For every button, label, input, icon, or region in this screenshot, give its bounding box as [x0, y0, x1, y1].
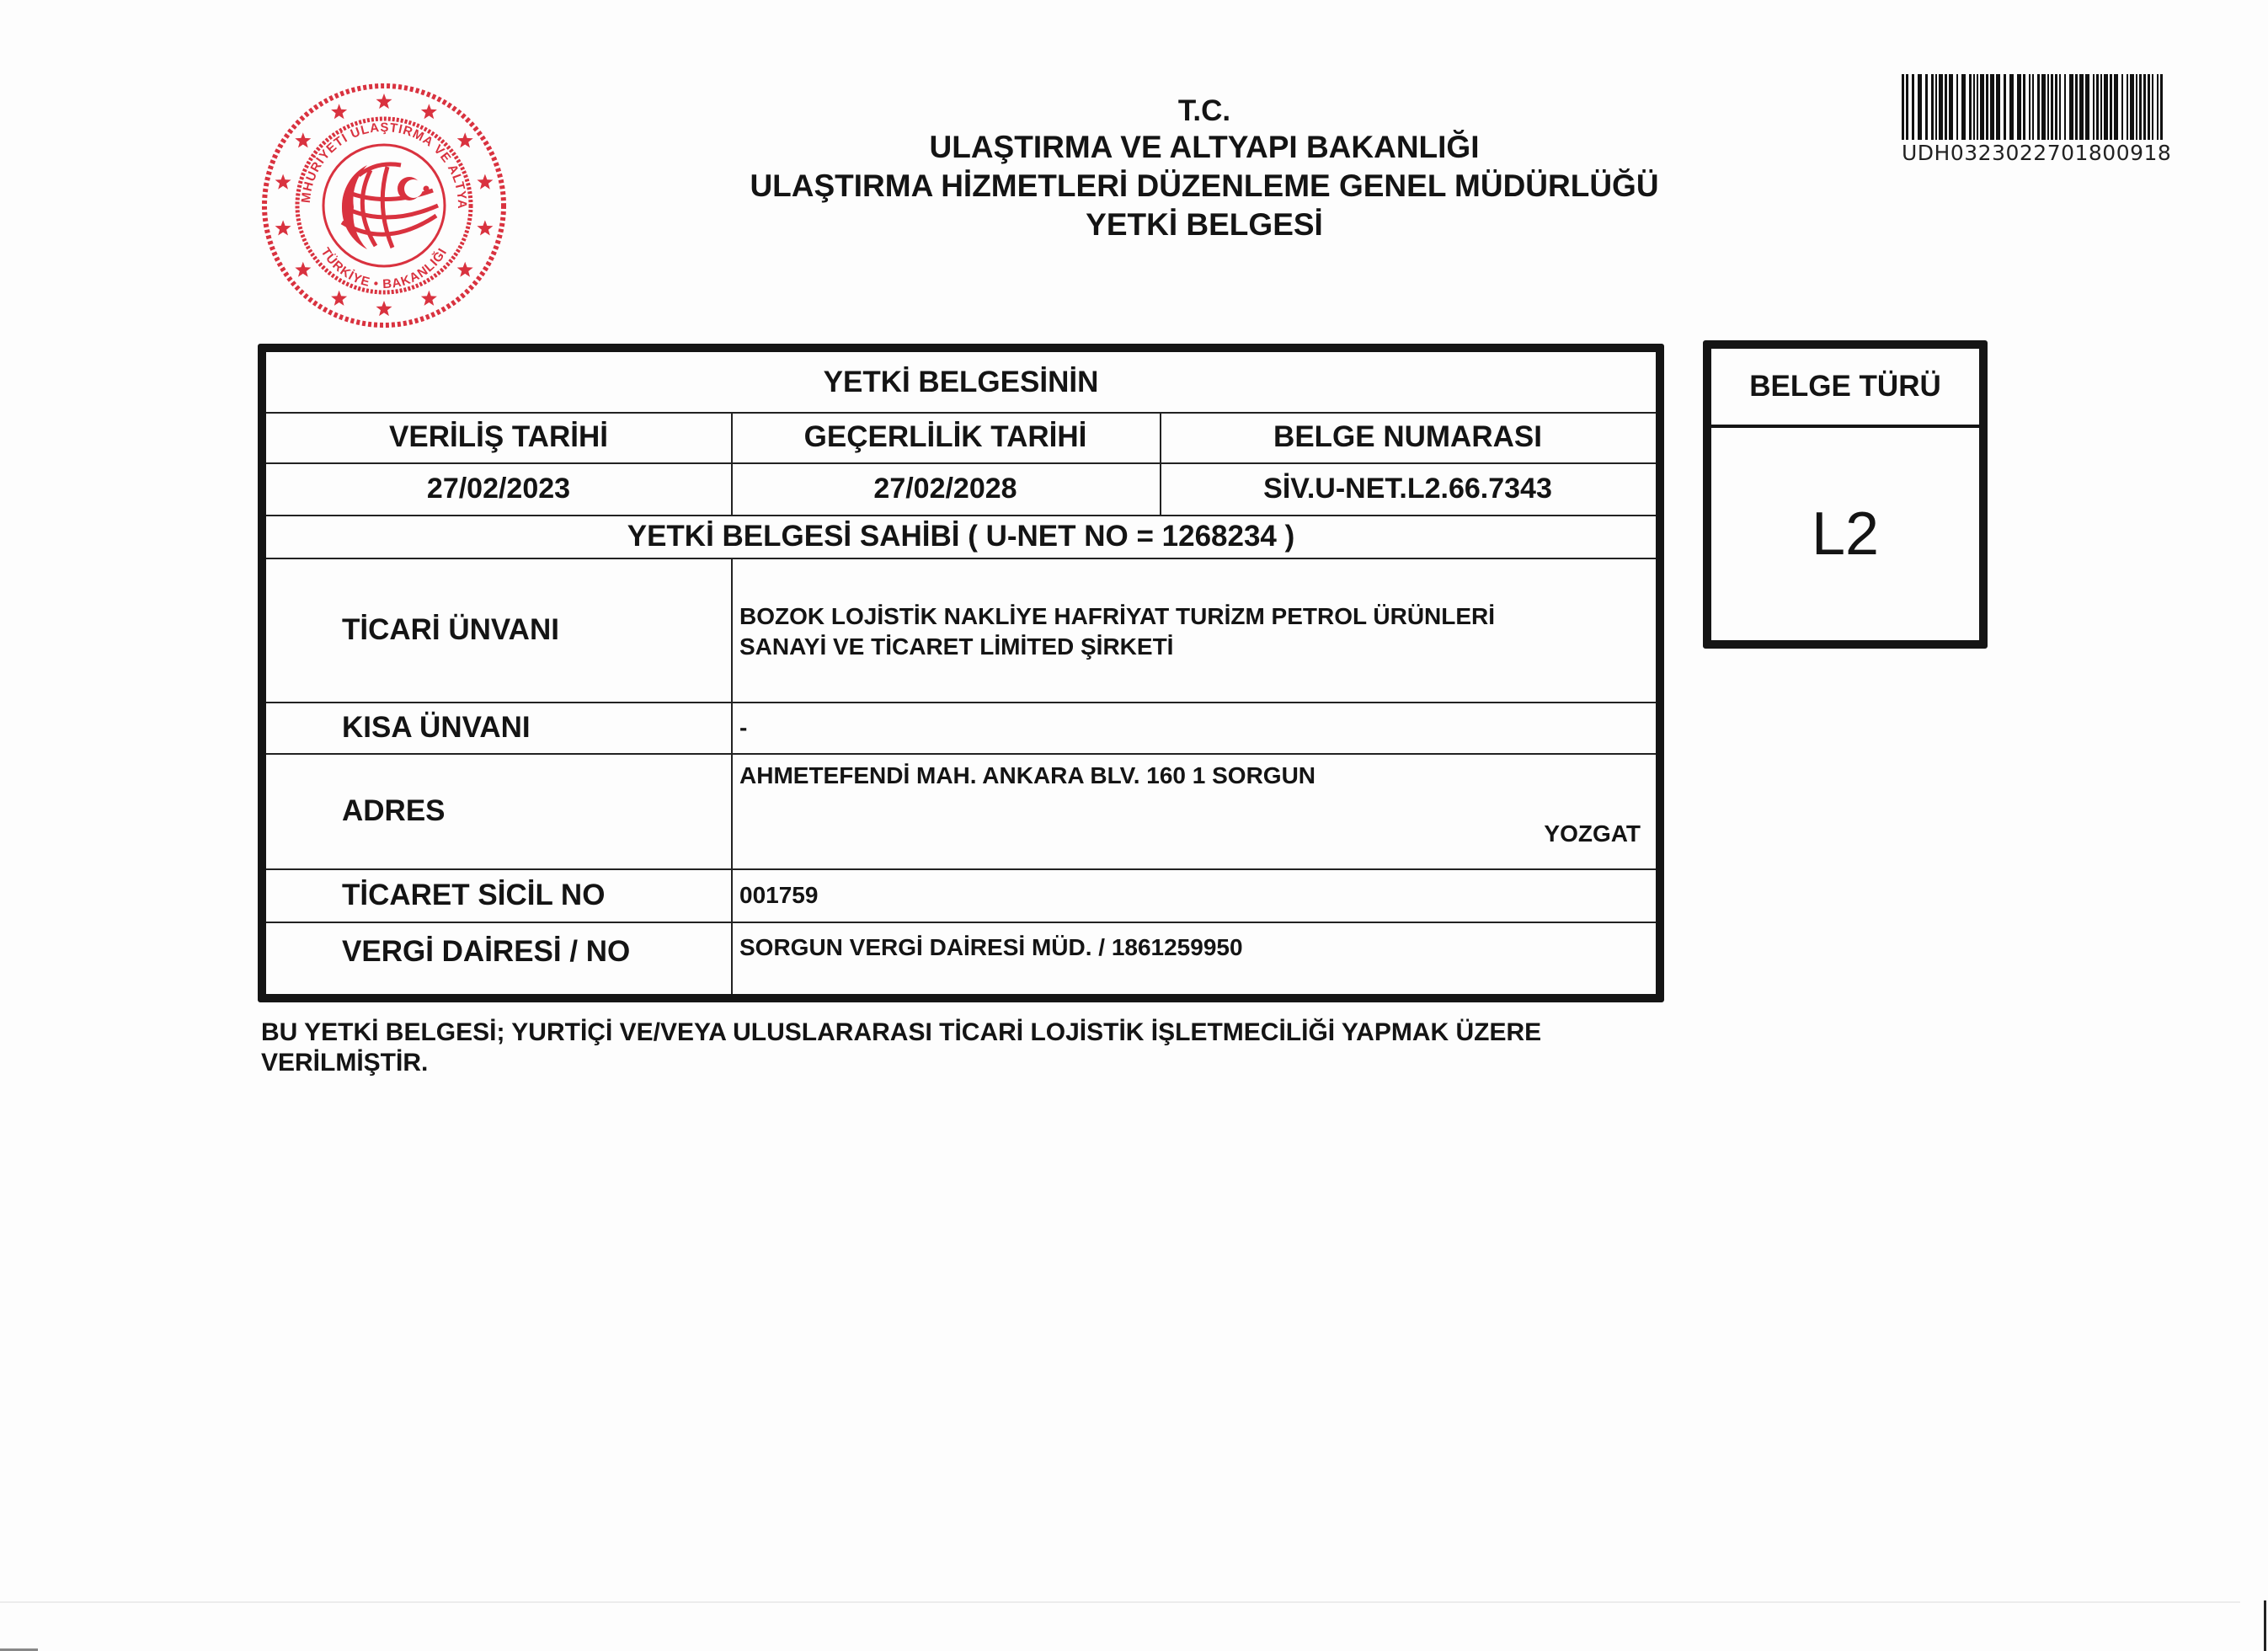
ministry-seal: CUMHURİYETİ ULAŞTIRMA VE ALTYAPI TÜRKİYE… — [259, 81, 509, 330]
address-city: YOZGAT — [733, 817, 1641, 851]
barcode: UDH0323022701800918 — [1902, 74, 2164, 166]
label-short-name: KISA ÜNVANI — [266, 702, 731, 753]
note-line1: BU YETKİ BELGESİ; YURTİÇİ VE/VEYA ULUSLA… — [261, 1018, 1693, 1048]
label-address: ADRES — [266, 753, 731, 868]
label-trade-registry-no: TİCARET SİCİL NO — [266, 868, 731, 922]
header-ministry: ULAŞTIRMA VE ALTYAPI BAKANLIĞI — [657, 128, 1752, 167]
document-type-value: L2 — [1711, 428, 1979, 640]
label-trade-name: TİCARİ ÜNVANI — [266, 558, 731, 702]
col-header-validity-date: GEÇERLİLİK TARİHİ — [731, 412, 1160, 462]
owner-heading: YETKİ BELGESİ SAHİBİ ( U-NET NO = 126823… — [266, 515, 1656, 558]
address-line: AHMETEFENDİ MAH. ANKARA BLV. 160 1 SORGU… — [733, 759, 1656, 793]
tax-office-value: SORGUN VERGİ DAİRESİ MÜD. / 1861259950 — [733, 922, 1656, 974]
header-doc-title: YETKİ BELGESİ — [657, 206, 1752, 244]
document-type-label: BELGE TÜRÜ — [1711, 349, 1979, 428]
note-line2: VERİLMİŞTİR. — [261, 1048, 1693, 1078]
authorization-note: BU YETKİ BELGESİ; YURTİÇİ VE/VEYA ULUSLA… — [261, 1018, 1693, 1078]
scan-artifact-edge — [2264, 1600, 2266, 1651]
table-title: YETKİ BELGESİNİN — [266, 352, 1656, 412]
trade-name-line2: SANAYİ VE TİCARET LİMİTED ŞİRKETİ — [739, 632, 1173, 662]
header-tc: T.C. — [657, 94, 1752, 128]
ministry-seal-icon: CUMHURİYETİ ULAŞTIRMA VE ALTYAPI TÜRKİYE… — [259, 81, 509, 330]
short-name-value: - — [733, 702, 1656, 753]
barcode-number: UDH0323022701800918 — [1902, 141, 2164, 166]
issue-date: 27/02/2023 — [266, 462, 731, 515]
document-header: T.C. ULAŞTIRMA VE ALTYAPI BAKANLIĞI ULAŞ… — [657, 94, 1752, 244]
document-type-box: BELGE TÜRÜ L2 — [1703, 340, 1988, 649]
validity-date: 27/02/2028 — [731, 462, 1160, 515]
col-header-document-number: BELGE NUMARASI — [1160, 412, 1656, 462]
authorization-table: YETKİ BELGESİNİN VERİLİŞ TARİHİ GEÇERLİL… — [258, 344, 1664, 1002]
svg-text:TÜRKİYE • BAKANLIĞI: TÜRKİYE • BAKANLIĞI — [318, 245, 451, 291]
header-directorate: ULAŞTIRMA HİZMETLERİ DÜZENLEME GENEL MÜD… — [657, 167, 1752, 206]
col-header-issue-date: VERİLİŞ TARİHİ — [266, 412, 731, 462]
scan-artifact-line — [0, 1601, 2240, 1603]
trade-registry-no-value: 001759 — [733, 868, 1656, 922]
label-tax-office: VERGİ DAİRESİ / NO — [266, 922, 731, 982]
barcode-icon — [1902, 74, 2164, 140]
trade-name-value: BOZOK LOJİSTİK NAKLİYE HAFRİYAT TURİZM P… — [733, 601, 1656, 662]
document-number: SİV.U-NET.L2.66.7343 — [1160, 462, 1656, 515]
trade-name-line1: BOZOK LOJİSTİK NAKLİYE HAFRİYAT TURİZM P… — [739, 601, 1495, 632]
